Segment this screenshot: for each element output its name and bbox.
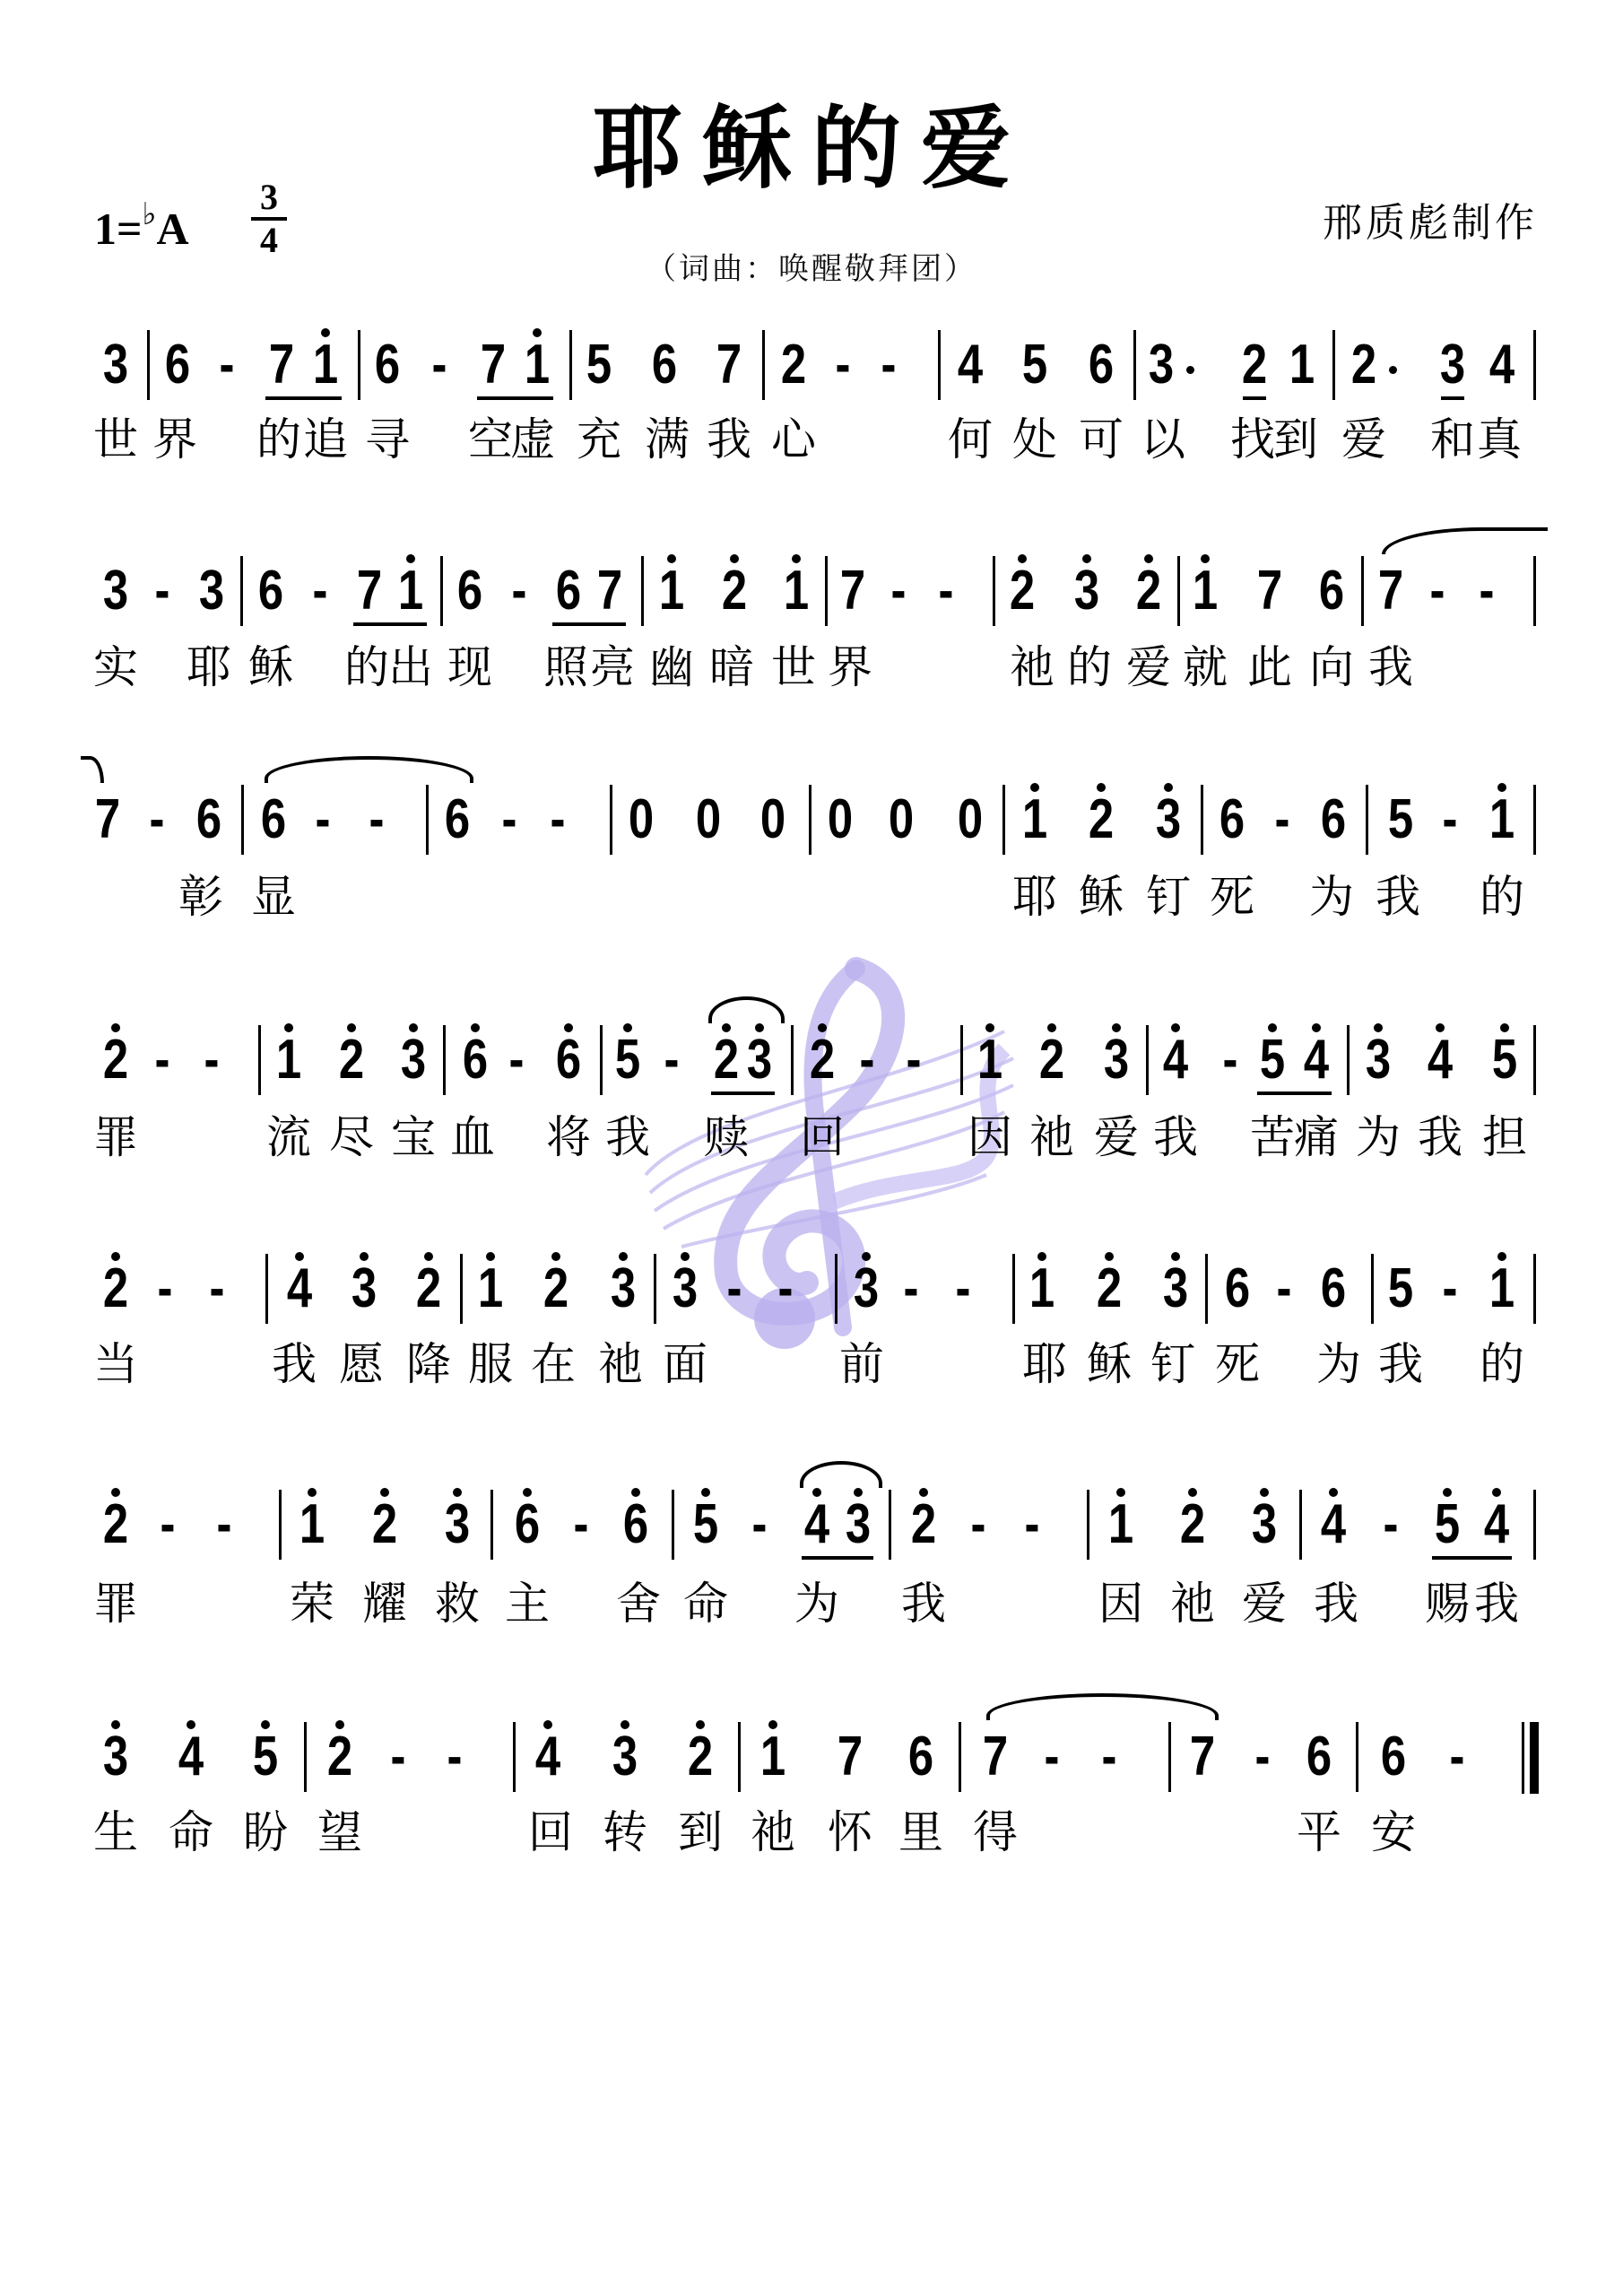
octave-dot-icon [1329,1488,1338,1497]
octave-dot-icon [1112,1023,1121,1032]
lyric-char: 可 [1074,414,1128,465]
note: 7 [595,563,625,619]
barline [600,1025,603,1095]
octave-dot-icon [1030,783,1039,792]
note: 2 [337,1032,367,1088]
dash-note: - [745,1497,775,1552]
lyric-char: 的 [1475,872,1529,922]
note: 3 [1364,1032,1393,1088]
lyric-char: 流 [262,1112,316,1162]
lyric-char: 为 [1305,872,1358,922]
lyric-char: 痛 [1289,1112,1343,1162]
note: 5 [1020,337,1050,393]
lyric-char: 何 [943,414,997,465]
lyric-char: 当 [89,1339,143,1389]
octave-dot-icon [261,1720,270,1729]
lyric-char: 暗 [705,642,759,692]
dash-note: - [362,792,392,848]
barline [1533,330,1536,400]
lyric-char: 死 [1211,1339,1264,1389]
lyric-char: 的 [1475,1339,1529,1389]
note: 7 [836,1729,865,1785]
note: 2 [325,1729,355,1785]
octave-dot-icon [1097,783,1106,792]
octave-dot-icon [453,1488,462,1497]
lyric-char: 得 [968,1807,1022,1857]
octave-dot-icon [543,1720,552,1729]
lyric-char: 和 [1426,414,1480,465]
note: 1 [657,563,687,619]
note: 6 [1319,1261,1349,1317]
barline [1087,1490,1089,1560]
barline [304,1722,307,1792]
octave-dot-icon [1443,1488,1452,1497]
lyric-char: 满 [640,414,694,465]
lyric-char: 我 [1470,1578,1523,1629]
barline [1002,785,1005,855]
note: 6 [554,1032,584,1088]
lyric-char: 荣 [285,1578,339,1629]
augmentation-dot-icon [1186,366,1194,374]
lyric-char: 为 [1312,1339,1366,1389]
note: 7 [1188,1729,1218,1785]
lyric-char: 钉 [1141,872,1195,922]
lyric-char: 亮 [586,642,639,692]
meter-numerator: 3 [251,179,287,215]
final-barline [1522,1722,1524,1794]
lyric-char: 到 [1269,414,1323,465]
lyric-char: 回 [524,1807,577,1857]
lyric-char: 我 [601,1112,655,1162]
barline [1201,785,1203,855]
octave-dot-icon [768,1720,777,1729]
octave-dot-icon [295,1252,304,1261]
note: 3 [1147,337,1176,393]
dash-note: - [213,337,242,393]
octave-dot-icon [862,1252,871,1261]
note: 6 [256,563,286,619]
author-credit: 邢质彪制作 [1323,190,1538,248]
barline [1356,1722,1358,1792]
lyric-char: 祂 [1005,642,1059,692]
lyric-char: 我 [1371,872,1425,922]
barline [1371,1254,1374,1324]
note: 1 [1020,792,1050,848]
octave-dot-icon [623,1023,632,1032]
dash-note: - [543,792,573,848]
barline [265,1254,268,1324]
octave-dot-icon [1144,554,1153,563]
lyric-char: 显 [247,872,300,922]
note: 1 [759,1729,788,1785]
note: 0 [759,792,788,848]
dash-note: - [505,563,534,619]
octave-dot-icon [1037,1252,1046,1261]
lyric-char: 我 [1309,1578,1363,1629]
note: 6 [1223,1261,1253,1317]
lyric-char: 尽 [325,1112,378,1162]
octave-dot-icon [696,1720,705,1729]
lyric-char: 我 [1413,1112,1467,1162]
tie-slur [81,756,104,783]
barline [825,556,828,626]
note: 2 [542,1261,571,1317]
lyric-char: 平 [1292,1807,1346,1857]
flat-icon: ♭ [143,198,157,231]
lyric-char: 彰 [174,872,228,922]
barline [569,330,572,400]
dash-note: - [720,1261,750,1317]
octave-dot-icon [1171,1252,1180,1261]
note: 7 [1255,563,1285,619]
note: 6 [373,337,403,393]
octave-dot-icon [681,1252,690,1261]
note: 1 [1107,1497,1136,1552]
lyric-char: 实 [89,642,143,692]
note: 3 [399,1032,429,1088]
barline [791,1025,794,1095]
octave-dot-icon [360,1252,369,1261]
note: 1 [1288,337,1317,393]
octave-dot-icon [1082,554,1091,563]
barline [1146,1025,1149,1095]
note: 4 [534,1729,563,1785]
note: 1 [1488,792,1517,848]
lyric-char: 世 [89,414,143,465]
lyric-char: 罪 [89,1578,143,1629]
octave-dot-icon [564,1023,573,1032]
lyric-char: 因 [1094,1578,1148,1629]
note: 3 [609,1261,638,1317]
dash-note: - [829,337,858,393]
note: 7 [93,792,123,848]
octave-dot-icon [667,554,676,563]
barline [147,330,150,400]
octave-dot-icon [631,1488,640,1497]
dash-note: - [964,1497,994,1552]
lyric-char: 命 [164,1807,218,1857]
barline [1533,1490,1536,1560]
tie-slur [265,756,473,783]
note: 2 [1178,1497,1208,1552]
barline [738,1722,741,1792]
dash-note: - [949,1261,978,1317]
barline [889,1490,891,1560]
octave-dot-icon [424,1252,433,1261]
note: 2 [1134,563,1164,619]
note: 2 [1350,337,1379,393]
lyric-char: 服 [464,1339,517,1389]
barline [1361,556,1364,626]
barline [426,785,429,855]
dash-note: - [151,1261,180,1317]
octave-dot-icon [1116,1488,1125,1497]
dash-note: - [932,563,961,619]
note: 7 [838,563,868,619]
octave-dot-icon [111,1023,120,1032]
lyric-char: 我 [897,1578,950,1629]
lyric-char: 我 [1149,1112,1202,1162]
note: 3 [197,563,227,619]
barline [258,1025,261,1095]
lyric-char: 钉 [1146,1339,1200,1389]
octave-dot-icon [111,1252,120,1261]
octave-dot-icon [111,1720,120,1729]
dash-note: - [1423,563,1453,619]
note: 3 [101,337,131,393]
lyric-char: 舍 [612,1578,665,1629]
note: 3 [443,1497,473,1552]
note: 2 [808,1032,838,1088]
dash-note: - [853,1032,882,1088]
lyric-char: 稣 [1082,1339,1136,1389]
note: 1 [1488,1261,1517,1317]
note: 1 [1191,563,1220,619]
lyric-char: 因 [963,1112,1017,1162]
octave-dot-icon [818,1023,827,1032]
note: 2 [720,563,750,619]
lyric-char: 的 [1063,642,1116,692]
tie-slur [986,1693,1219,1720]
lyric-char: 耶 [182,642,236,692]
note: 2 [1037,1032,1067,1088]
octave-dot-icon [321,328,330,337]
eighth-underline [353,622,427,626]
lyric-char: 耀 [358,1578,412,1629]
octave-dot-icon [1047,1023,1056,1032]
note: 4 [1319,1497,1349,1552]
dash-note: - [148,563,178,619]
octave-dot-icon [1497,1252,1506,1261]
octave-dot-icon [919,1488,928,1497]
octave-dot-icon [1492,1488,1501,1497]
dash-note: - [1436,1261,1465,1317]
lyric-char: 我 [1374,1339,1428,1389]
dash-note: - [308,792,338,848]
note: 2 [686,1729,716,1785]
note: 3 [1154,792,1184,848]
note: 2 [779,337,809,393]
lyric-char: 为 [790,1578,844,1629]
dash-note: - [567,1497,596,1552]
note: 6 [195,792,224,848]
note: 6 [461,1032,490,1088]
lyric-char: 怀 [823,1807,877,1857]
note: 2 [1087,792,1116,848]
note: 6 [907,1729,936,1785]
note: 6 [259,792,289,848]
dash-note: - [210,1497,239,1552]
eighth-underline [1441,396,1464,400]
barline [279,1490,282,1560]
note: 6 [443,792,473,848]
barline [440,556,443,626]
note: 3 [844,1497,873,1552]
tie-slur [708,996,785,1023]
lyric-char: 赐 [1420,1578,1474,1629]
note: 5 [585,337,614,393]
note: 6 [554,563,584,619]
octave-dot-icon [1188,1488,1197,1497]
barline [1533,785,1536,855]
octave-dot-icon [1260,1488,1269,1497]
lyric-char: 为 [1351,1112,1405,1162]
note: 0 [627,792,656,848]
eighth-underline [552,622,626,626]
octave-dot-icon [308,1488,317,1497]
note: 5 [1386,792,1416,848]
octave-dot-icon [1268,1023,1277,1032]
note: 4 [177,1729,206,1785]
eighth-underline [711,1091,775,1095]
octave-dot-icon [347,1023,356,1032]
lyric-char: 在 [526,1339,580,1389]
dash-note: - [440,1729,470,1785]
lyric-char: 真 [1472,414,1526,465]
octave-dot-icon [1312,1023,1321,1032]
octave-dot-icon [409,1023,418,1032]
note: 4 [1482,1497,1512,1552]
dash-note: - [384,1729,413,1785]
note: 6 [1218,792,1247,848]
dash-note: - [874,337,904,393]
lyric-char: 寻 [360,414,414,465]
note: 4 [1302,1032,1332,1088]
note: 6 [1317,563,1347,619]
note: 3 [1250,1497,1280,1552]
note: 6 [650,337,680,393]
lyric-char: 祂 [594,1339,647,1389]
barline [1347,1025,1350,1095]
lyric-char: 爱 [1237,1578,1291,1629]
eighth-underline [1432,1556,1512,1560]
lyric-char: 盼 [239,1807,292,1857]
octave-dot-icon [111,1488,120,1497]
octave-dot-icon [1497,783,1506,792]
octave-dot-icon [335,1720,344,1729]
note: 6 [1305,1729,1334,1785]
note: 4 [1161,1032,1191,1088]
lyrics-music-credit: （词曲：唤醒敬拜团） [0,244,1623,288]
note: 1 [476,1261,506,1317]
barline [809,785,811,855]
lyric-char: 救 [430,1578,484,1629]
barline [490,1490,493,1560]
barline [654,1254,656,1324]
note: 0 [694,792,724,848]
lyric-char: 我 [267,1339,321,1389]
note: 5 [1258,1032,1288,1088]
octave-dot-icon [523,1488,532,1497]
dash-note: - [1376,1497,1406,1552]
note: 3 [350,1261,379,1317]
octave-dot-icon [854,1488,863,1497]
lyric-char: 爱 [1122,642,1176,692]
dash-note: - [1216,1032,1245,1088]
lyric-char: 主 [500,1578,554,1629]
octave-dot-icon [1500,1023,1509,1032]
barline [1205,1254,1208,1324]
note: 2 [370,1497,400,1552]
lyric-char: 的 [252,414,306,465]
note: 2 [712,1032,742,1088]
octave-dot-icon [551,1252,560,1261]
lyric-char: 爱 [1089,1112,1143,1162]
lyric-char: 生 [89,1807,143,1857]
barline [1133,330,1136,400]
note: 0 [956,792,985,848]
barline [1533,556,1536,626]
octave-dot-icon [1201,554,1210,563]
dash-note: - [884,563,914,619]
note: 2 [101,1261,131,1317]
note: 7 [1376,563,1406,619]
lyric-char: 血 [446,1112,499,1162]
note: 6 [621,1497,651,1552]
lyric-char: 到 [673,1807,727,1857]
lyric-char: 照 [539,642,593,692]
lyric-char: 担 [1478,1112,1532,1162]
octave-dot-icon [486,1252,495,1261]
dash-note: - [1443,1729,1472,1785]
barline [1533,1254,1536,1324]
barline [460,1254,463,1324]
lyric-char: 以 [1136,414,1190,465]
lyric-char: 此 [1243,642,1297,692]
note: 1 [396,563,426,619]
note: 3 [611,1729,640,1785]
barline [672,1490,674,1560]
barline [513,1722,516,1792]
note: 0 [887,792,916,848]
note: 7 [355,563,385,619]
barline [1168,1722,1171,1792]
note: 0 [826,792,855,848]
barline [443,1025,446,1095]
note: 2 [1095,1261,1124,1317]
barline [1366,785,1368,855]
note: 5 [1433,1497,1462,1552]
note: 1 [311,337,341,393]
note: 3 [101,563,131,619]
octave-dot-icon [1018,554,1027,563]
note: 1 [298,1497,327,1552]
octave-dot-icon [701,1488,710,1497]
lyric-char: 罪 [89,1112,143,1162]
note: 7 [981,1729,1011,1785]
eighth-underline [265,396,342,400]
note: 2 [1240,337,1270,393]
barline [1332,330,1335,400]
dash-note: - [1270,1261,1299,1317]
barline [959,1722,961,1792]
barline [835,1254,838,1324]
note: 3 [101,1729,131,1785]
dash-note: - [1268,792,1298,848]
lyric-char: 死 [1205,872,1259,922]
note: 5 [1386,1261,1416,1317]
eighth-underline [802,1556,873,1560]
dash-note: - [495,792,525,848]
dash-note: - [143,792,172,848]
octave-dot-icon [792,554,801,563]
lyric-char: 心 [767,414,820,465]
lyric-char: 向 [1305,642,1358,692]
dash-note: - [148,1032,178,1088]
note: 2 [101,1032,131,1088]
tie-slur [800,1461,882,1488]
note: 2 [1008,563,1037,619]
